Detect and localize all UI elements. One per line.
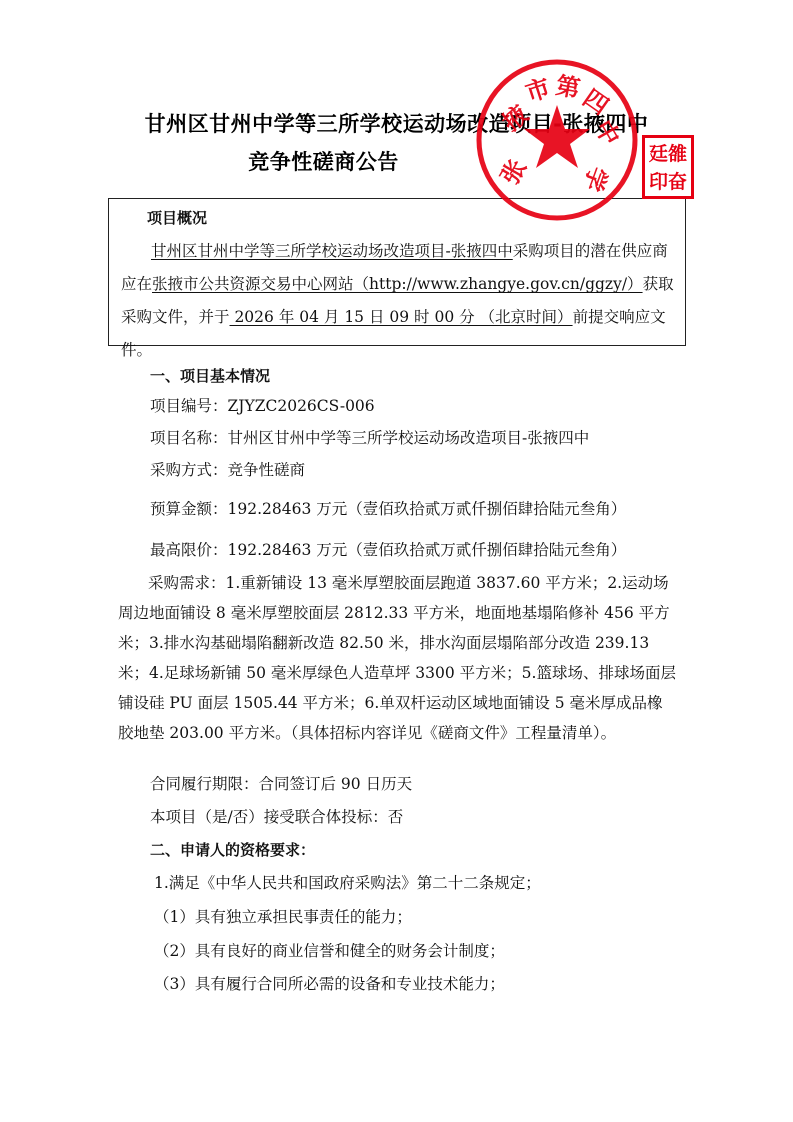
svg-text:市: 市 <box>522 73 553 107</box>
document-subtitle: 竞争性磋商公告 <box>0 146 720 176</box>
contract-period: 合同履行期限：合同签订后 90 日历天 <box>150 772 412 794</box>
qualification-item-1: 1.满足《中华人民共和国政府采购法》第二十二条规定； <box>154 871 541 893</box>
procurement-method: 采购方式：竞争性磋商 <box>150 458 305 480</box>
project-name: 项目名称：甘州区甘州中学等三所学校运动场改造项目-张掖四中 <box>150 426 589 448</box>
max-price: 最高限价：192.28463 万元（壹佰玖拾贰万贰仟捌佰肆拾陆元叁角） <box>150 538 626 560</box>
trading-center-link[interactable]: 张掖市公共资源交易中心网站（http://www.zhangye.gov.cn/… <box>152 275 643 293</box>
personal-seal-stamp: 廷雒印奋 <box>642 135 694 199</box>
section2-heading: 二、申请人的资格要求： <box>150 839 315 860</box>
overview-heading: 项目概况 <box>147 207 207 228</box>
project-name-link: 甘州区甘州中学等三所学校运动场改造项目-张掖四中 <box>151 242 513 260</box>
consortium-bidding: 本项目（是/否）接受联合体投标：否 <box>150 805 403 827</box>
procurement-requirements: 采购需求：1.重新铺设 13 毫米厚塑胶面层跑道 3837.60 平方米；2.运… <box>118 568 678 748</box>
qualification-sub-1: （1）具有独立承担民事责任的能力； <box>154 905 412 927</box>
overview-paragraph: 甘州区甘州中学等三所学校运动场改造项目-张掖四中采购项目的潜在供应商应在张掖市公… <box>121 235 681 367</box>
project-number: 项目编号：ZJYZC2026CS-006 <box>150 394 375 416</box>
qualification-sub-2: （2）具有良好的商业信誉和健全的财务会计制度； <box>154 939 505 961</box>
budget-amount: 预算金额：192.28463 万元（壹佰玖拾贰万贰仟捌佰肆拾陆元叁角） <box>150 497 626 519</box>
section1-heading: 一、项目基本情况 <box>150 365 270 386</box>
document-title: 甘州区甘州中学等三所学校运动场改造项目-张掖四中 <box>0 108 793 138</box>
deadline-text: 2026 年 04 月 15 日 09 时 00 分 （北京时间） <box>230 308 573 326</box>
project-overview-box: 项目概况 甘州区甘州中学等三所学校运动场改造项目-张掖四中采购项目的潜在供应商应… <box>108 198 686 346</box>
svg-text:第: 第 <box>554 71 582 103</box>
qualification-sub-3: （3）具有履行合同所必需的设备和专业技术能力； <box>154 972 505 994</box>
